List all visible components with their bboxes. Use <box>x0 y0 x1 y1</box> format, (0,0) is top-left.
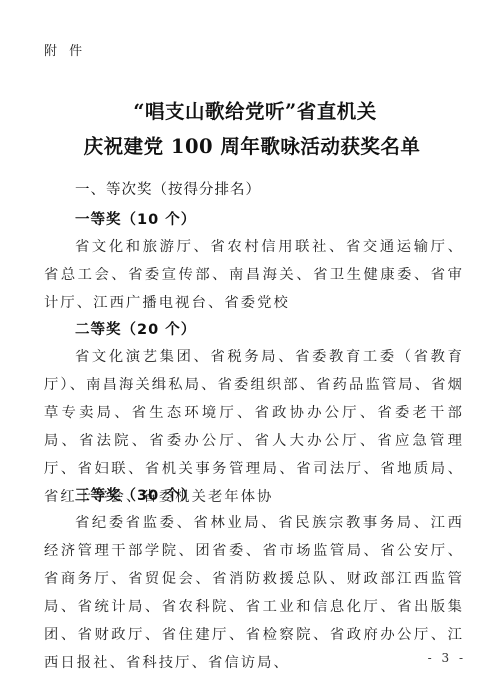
second-prize-heading: 二等奖（20 个） <box>75 318 196 339</box>
third-prize-heading: 三等奖（30 个） <box>75 484 196 505</box>
third-prize-winners: 省纪委省监委、省林业局、省民族宗教事务局、江西经济管理干部学院、团省委、省市场监… <box>44 509 464 677</box>
document-page: 附 件 “唱支山歌给党听”省直机关 庆祝建党 100 周年歌咏活动获奖名单 一、… <box>0 0 500 682</box>
page-number: - 3 - <box>428 651 466 665</box>
attachment-label: 附 件 <box>44 40 86 59</box>
section-heading: 一、等次奖（按得分排名） <box>75 178 261 199</box>
first-prize-winners: 省文化和旅游厅、省农村信用联社、省交通运输厅、省总工会、省委宣传部、南昌海关、省… <box>44 233 464 317</box>
document-title-line-1: “唱支山歌给党听”省直机关 <box>0 96 500 124</box>
document-title-line-2: 庆祝建党 100 周年歌咏活动获奖名单 <box>0 131 500 159</box>
first-prize-heading: 一等奖（10 个） <box>75 208 196 229</box>
